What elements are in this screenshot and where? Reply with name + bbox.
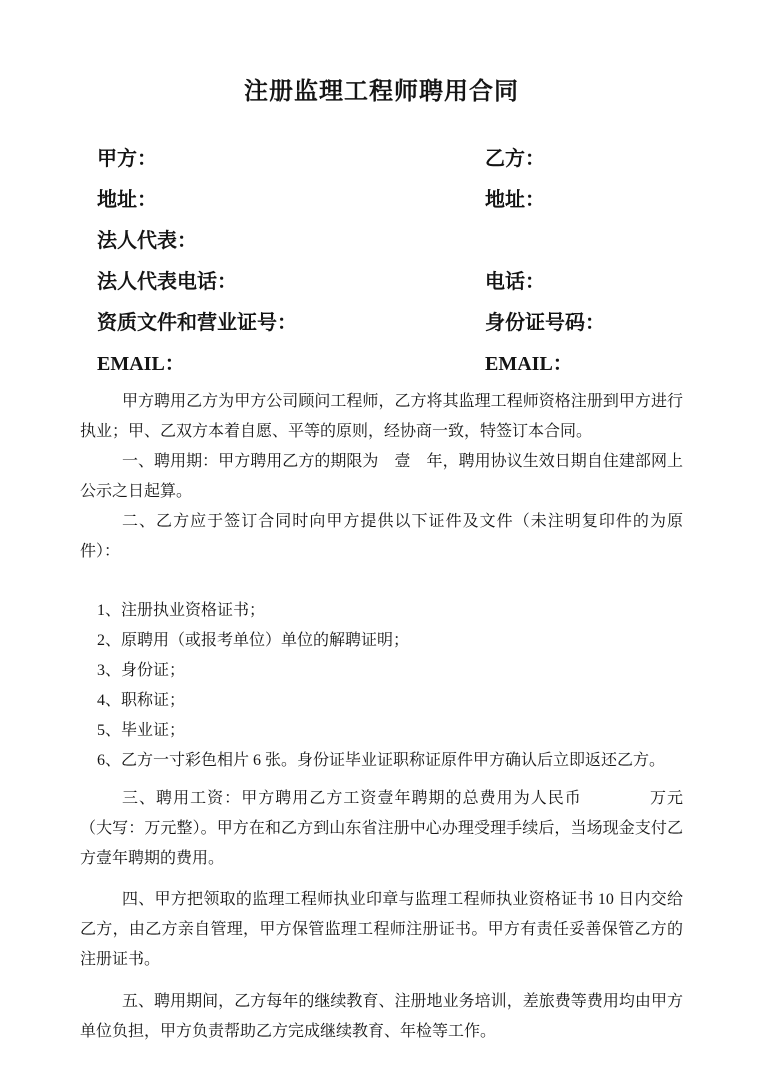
document-item-6: 6、乙方一寸彩色相片 6 张。身份证毕业证职称证原件甲方确认后立即返还乙方。: [97, 746, 683, 776]
party-a-address-label: 地址：: [97, 190, 485, 210]
contract-body: 甲方聘用乙方为甲方公司顾问工程师，乙方将其监理工程师资格注册到甲方进行执业；甲、…: [80, 387, 683, 1047]
legal-representative-phone-label: 法人代表电话：: [97, 272, 485, 292]
document-item-2: 2、原聘用（或报考单位）单位的解聘证明；: [97, 626, 683, 656]
clause-4-certificates: 四、甲方把领取的监理工程师执业印章与监理工程师执业资格证书 10 日内交给乙方，…: [80, 885, 683, 975]
clause-5-training: 五、聘用期间，乙方每年的继续教育、注册地业务培训，差旅费等费用均由甲方单位负担，…: [80, 987, 683, 1047]
document-item-3: 3、身份证；: [97, 656, 683, 686]
required-documents-list: 1、注册执业资格证书； 2、原聘用（或报考单位）单位的解聘证明； 3、身份证； …: [80, 596, 683, 776]
party-info-section: 甲方： 乙方： 地址： 地址： 法人代表： 法人代表电话： 电话： 资质文件和营…: [80, 138, 683, 384]
contract-page: 注册监理工程师聘用合同 甲方： 乙方： 地址： 地址： 法人代表： 法人代表电话…: [0, 0, 763, 1080]
legal-representative-label: 法人代表：: [97, 231, 485, 251]
clause-2-required-documents: 二、乙方应于签订合同时向甲方提供以下证件及文件（未注明复印件的为原件）：: [80, 507, 683, 567]
clause-3-salary: 三、聘用工资：甲方聘用乙方工资壹年聘期的总费用为人民币 万元 （大写：万元整）。…: [80, 784, 683, 874]
info-row-address: 地址： 地址：: [80, 179, 683, 220]
info-row-phone: 法人代表电话： 电话：: [80, 261, 683, 302]
info-row-legal-representative: 法人代表：: [80, 220, 683, 261]
party-b-email-label: EMAIL：: [485, 354, 683, 374]
document-item-5: 5、毕业证；: [97, 716, 683, 746]
party-a-email-label: EMAIL：: [97, 354, 485, 374]
id-card-number-label: 身份证号码：: [485, 313, 683, 333]
info-row-party: 甲方： 乙方：: [80, 138, 683, 179]
clause-1-employment-term: 一、聘用期：甲方聘用乙方的期限为 壹 年，聘用协议生效日期自住建部网上公示之日起…: [80, 447, 683, 507]
document-title: 注册监理工程师聘用合同: [80, 76, 683, 108]
qualification-license-number-label: 资质文件和营业证号：: [97, 313, 485, 333]
party-a-label: 甲方：: [97, 149, 485, 169]
party-b-label: 乙方：: [485, 149, 683, 169]
party-b-phone-label: 电话：: [485, 272, 683, 292]
intro-paragraph: 甲方聘用乙方为甲方公司顾问工程师，乙方将其监理工程师资格注册到甲方进行执业；甲、…: [80, 387, 683, 447]
document-item-1: 1、注册执业资格证书；: [97, 596, 683, 626]
info-row-email: EMAIL： EMAIL：: [80, 343, 683, 384]
document-item-4: 4、职称证；: [97, 686, 683, 716]
party-b-address-label: 地址：: [485, 190, 683, 210]
info-row-license-id: 资质文件和营业证号： 身份证号码：: [80, 302, 683, 343]
